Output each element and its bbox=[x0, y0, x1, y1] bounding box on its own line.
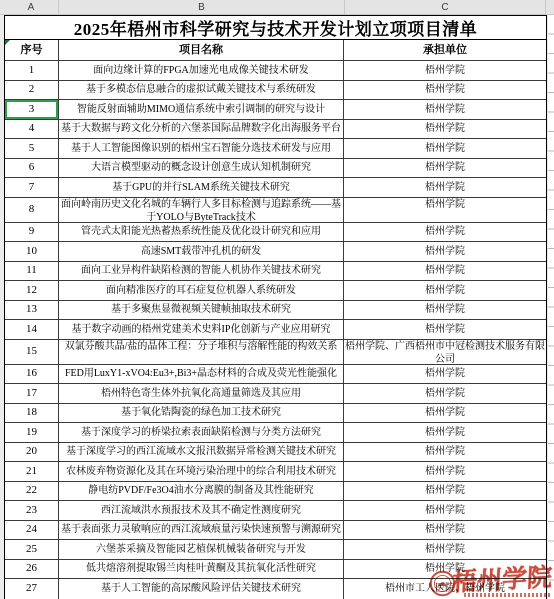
cell-project-name[interactable]: 梧州特色寄生体外抗氧化高通量筛选及其应用 bbox=[59, 384, 344, 403]
cell-project-name[interactable]: 基于深度学习的西江流域水文报汛数据异常检测关键技术研究 bbox=[59, 443, 344, 462]
cell-unit[interactable]: 梧州学院 bbox=[344, 443, 546, 462]
table-row: 5基于人工智能图像识别的梧州宝石智能分选技术研发与应用梧州学院 bbox=[5, 139, 546, 159]
cell-seq[interactable]: 20 bbox=[5, 443, 59, 462]
cell-seq[interactable]: 4 bbox=[5, 120, 59, 139]
cell-seq[interactable]: 23 bbox=[5, 501, 59, 520]
cell-unit[interactable]: 梧州学院 bbox=[344, 540, 546, 559]
cell-project-name[interactable]: 农林废弃物资源化及其在环境污染治理中的综合利用技术研究 bbox=[59, 462, 344, 481]
cell-unit[interactable]: 梧州学院 bbox=[344, 139, 546, 158]
cell-seq[interactable]: 26 bbox=[5, 560, 59, 579]
cell-project-name[interactable]: 基于多聚焦显微视频关键帧抽取技术研究 bbox=[59, 301, 344, 320]
table-header-row: 序号 项目名称 承担单位 bbox=[5, 40, 546, 61]
column-header-b[interactable]: B bbox=[59, 0, 345, 14]
table-row: 20基于深度学习的西江流域水文报汛数据异常检测关键技术研究梧州学院 bbox=[5, 443, 546, 463]
cell-seq[interactable]: 2 bbox=[5, 81, 59, 100]
cell-seq[interactable]: 24 bbox=[5, 521, 59, 540]
table-row: 11面向工业异构件缺陷检测的智能人机协作关键技术研究梧州学院 bbox=[5, 262, 546, 282]
cell-project-name[interactable]: 基于大数据与跨文化分析的六堡茶国际品牌数字化出海服务平台 bbox=[59, 120, 344, 139]
table-row: 4基于大数据与跨文化分析的六堡茶国际品牌数字化出海服务平台梧州学院 bbox=[5, 120, 546, 140]
cell-project-name[interactable]: 基于氧化锆陶瓷的绿色加工技术研究 bbox=[59, 404, 344, 423]
table-row: 13基于多聚焦显微视频关键帧抽取技术研究梧州学院 bbox=[5, 301, 546, 321]
cell-project-name[interactable]: 低共熔溶剂提取锡兰肉桂叶黄酮及其抗氧化活性研究 bbox=[59, 560, 344, 579]
cell-project-name[interactable]: 面向工业异构件缺陷检测的智能人机协作关键技术研究 bbox=[59, 262, 344, 281]
cell-seq[interactable]: 16 bbox=[5, 365, 59, 384]
cell-seq[interactable]: 27 bbox=[5, 579, 59, 599]
table-row: 25六堡茶采摘及智能园艺植保机械装备研究与开发梧州学院 bbox=[5, 540, 546, 560]
cell-project-name[interactable]: 基于数字动画的梧州党建美术史料IP化创新与产业应用研究 bbox=[59, 320, 344, 339]
column-header-c[interactable]: C bbox=[345, 0, 546, 14]
table-row: 2基于多模态信息融合的虚拟试戴关键技术与系统研发梧州学院 bbox=[5, 81, 546, 101]
cell-seq[interactable]: 1 bbox=[5, 61, 59, 80]
cell-project-name[interactable]: 大语言模型驱动的概念设计创意生成认知机制研究 bbox=[59, 159, 344, 178]
cell-project-name[interactable]: 基于GPU的并行SLAM系统关键技术研究 bbox=[59, 178, 344, 197]
cell-unit[interactable]: 梧州学院 bbox=[344, 301, 546, 320]
cell-seq[interactable]: 9 bbox=[5, 223, 59, 242]
cell-project-name[interactable]: FED用LuxY1-xVO4:Eu3+,Bi3+晶态材料的合成及荧光性能强化 bbox=[59, 365, 344, 384]
cell-project-name[interactable]: 智能反射面辅助MIMO通信系统中索引调制的研究与设计 bbox=[59, 100, 344, 119]
column-letter-bar: A B C bbox=[0, 0, 554, 15]
table-row: 16FED用LuxY1-xVO4:Eu3+,Bi3+晶态材料的合成及荧光性能强化… bbox=[5, 365, 546, 385]
cell-project-name[interactable]: 高速SMT载带冲孔机的研发 bbox=[59, 242, 344, 261]
cell-unit[interactable]: 梧州学院 bbox=[344, 61, 546, 80]
cell-unit[interactable]: 梧州学院 bbox=[344, 384, 546, 403]
column-header-a[interactable]: A bbox=[4, 0, 59, 14]
cell-seq[interactable]: 10 bbox=[5, 242, 59, 261]
cell-unit[interactable]: 梧州学院 bbox=[344, 423, 546, 442]
spreadsheet-app: { "column_bar": { "letters": ["A", "B", … bbox=[0, 0, 554, 599]
cell-project-name[interactable]: 基于人工智能图像识别的梧州宝石智能分选技术研发与应用 bbox=[59, 139, 344, 158]
cell-unit[interactable]: 梧州学院 bbox=[344, 365, 546, 384]
cell-unit[interactable]: 梧州学院 bbox=[344, 81, 546, 100]
table-row: 17梧州特色寄生体外抗氧化高通量筛选及其应用梧州学院 bbox=[5, 384, 546, 404]
cell-project-name[interactable]: 基于表面张力灵敏响应的西江流域痕量污染快速预警与溯源研究 bbox=[59, 521, 344, 540]
table-row: 10高速SMT载带冲孔机的研发梧州学院 bbox=[5, 242, 546, 262]
cell-seq[interactable]: 12 bbox=[5, 281, 59, 300]
column-header-rest bbox=[546, 0, 554, 14]
cell-seq[interactable]: 5 bbox=[5, 139, 59, 158]
cell-unit[interactable]: 梧州学院 bbox=[344, 521, 546, 540]
cell-project-name[interactable]: 基于多模态信息融合的虚拟试戴关键技术与系统研发 bbox=[59, 81, 344, 100]
sheet-gridlines-right bbox=[548, 15, 554, 599]
cell-seq[interactable]: 17 bbox=[5, 384, 59, 403]
cell-unit[interactable]: 梧州学院 bbox=[344, 100, 546, 119]
cell-project-name[interactable]: 基于人工智能的高尿酸风险评估关键技术研究 bbox=[59, 579, 344, 599]
cell-seq[interactable]: 6 bbox=[5, 159, 59, 178]
table-row: 18基于氧化锆陶瓷的绿色加工技术研究梧州学院 bbox=[5, 404, 546, 424]
table-row: 14基于数字动画的梧州党建美术史料IP化创新与产业应用研究梧州学院 bbox=[5, 320, 546, 340]
cell-unit[interactable]: 梧州学院 bbox=[344, 501, 546, 520]
cell-unit[interactable]: 梧州学院 bbox=[344, 262, 546, 281]
table-row: 21农林废弃物资源化及其在环境污染治理中的综合利用技术研究梧州学院 bbox=[5, 462, 546, 482]
cell-unit[interactable]: 梧州学院 bbox=[344, 320, 546, 339]
cell-project-name[interactable]: 管壳式太阳能光热蓄热系统性能及优化设计研究和应用 bbox=[59, 223, 344, 242]
table-row: 8面向岭南历史文化名城的车辆行人多目标检测与追踪系统——基于YOLO与ByteT… bbox=[5, 198, 546, 223]
cell-seq[interactable]: 7 bbox=[5, 178, 59, 197]
cell-project-name[interactable]: 静电纺PVDF/Fe3O4油水分离膜的制备及其性能研究 bbox=[59, 482, 344, 501]
cell-unit[interactable]: 梧州学院 bbox=[344, 482, 546, 501]
cell-project-name[interactable]: 面向岭南历史文化名城的车辆行人多目标检测与追踪系统——基于YOLO与ByteTr… bbox=[59, 198, 344, 222]
cell-unit[interactable]: 梧州学院 bbox=[344, 120, 546, 139]
table-title-cell[interactable]: 2025年梧州市科学研究与技术开发计划立项项目清单 bbox=[5, 16, 546, 40]
header-cell-unit[interactable]: 承担单位 bbox=[344, 40, 546, 60]
table-row: 12面向精准医疗的耳石症复位机器人系统研发梧州学院 bbox=[5, 281, 546, 301]
table-row: 26低共熔溶剂提取锡兰肉桂叶黄酮及其抗氧化活性研究梧州学院 bbox=[5, 560, 546, 580]
table-row: 6大语言模型驱动的概念设计创意生成认知机制研究梧州学院 bbox=[5, 159, 546, 179]
cell-project-name[interactable]: 双氯芬酸共晶/盐的晶体工程：分子堆积与溶解性能的构效关系 bbox=[59, 340, 344, 364]
table-row: 15双氯芬酸共晶/盐的晶体工程：分子堆积与溶解性能的构效关系梧州学院、广西梧州市… bbox=[5, 340, 546, 365]
sheet-area: 2025年梧州市科学研究与技术开发计划立项项目清单 序号 项目名称 承担单位 1… bbox=[0, 15, 554, 599]
cell-seq[interactable]: 3 bbox=[5, 100, 59, 119]
cell-unit[interactable]: 梧州学院 bbox=[344, 223, 546, 242]
cell-seq[interactable]: 22 bbox=[5, 482, 59, 501]
cell-project-name[interactable]: 六堡茶采摘及智能园艺植保机械装备研究与开发 bbox=[59, 540, 344, 559]
cell-unit[interactable]: 梧州学院 bbox=[344, 462, 546, 481]
page-title: 2025年梧州市科学研究与技术开发计划立项项目清单 bbox=[74, 15, 478, 40]
table-row: 19基于深度学习的桥梁拉索表面缺陷检测与分类方法研究梧州学院 bbox=[5, 423, 546, 443]
cell-seq[interactable]: 21 bbox=[5, 462, 59, 481]
cell-seq[interactable]: 8 bbox=[5, 198, 59, 222]
cell-unit[interactable]: 梧州学院 bbox=[344, 242, 546, 261]
table-row: 22静电纺PVDF/Fe3O4油水分离膜的制备及其性能研究梧州学院 bbox=[5, 482, 546, 502]
project-table: 2025年梧州市科学研究与技术开发计划立项项目清单 序号 项目名称 承担单位 1… bbox=[4, 15, 547, 599]
header-cell-seq[interactable]: 序号 bbox=[5, 40, 59, 60]
cell-project-name[interactable]: 面向精准医疗的耳石症复位机器人系统研发 bbox=[59, 281, 344, 300]
table-row: 23西江流域洪水预报技术及其不确定性测度研究梧州学院 bbox=[5, 501, 546, 521]
table-row: 3智能反射面辅助MIMO通信系统中索引调制的研究与设计梧州学院 bbox=[5, 100, 546, 120]
cell-seq[interactable]: 19 bbox=[5, 423, 59, 442]
cell-unit[interactable]: 梧州学院、广西梧州市中冠检测技术服务有限公司 bbox=[344, 340, 546, 364]
table-row: 27基于人工智能的高尿酸风险评估关键技术研究梧州市工人医院、梧州学院 bbox=[5, 579, 546, 599]
table-row: 7基于GPU的并行SLAM系统关键技术研究梧州学院 bbox=[5, 178, 546, 198]
cell-unit[interactable]: 梧州学院 bbox=[344, 281, 546, 300]
cell-unit[interactable]: 梧州学院 bbox=[344, 404, 546, 423]
cell-seq[interactable]: 13 bbox=[5, 301, 59, 320]
cell-unit[interactable]: 梧州学院 bbox=[344, 560, 546, 579]
cell-seq[interactable]: 11 bbox=[5, 262, 59, 281]
cell-project-name[interactable]: 面向边缘计算的FPGA加速光电成像关键技术研发 bbox=[59, 61, 344, 80]
cell-unit[interactable]: 梧州学院 bbox=[344, 159, 546, 178]
table-row: 24基于表面张力灵敏响应的西江流域痕量污染快速预警与溯源研究梧州学院 bbox=[5, 521, 546, 541]
cell-seq[interactable]: 15 bbox=[5, 340, 59, 364]
table-row: 9管壳式太阳能光热蓄热系统性能及优化设计研究和应用梧州学院 bbox=[5, 223, 546, 243]
cell-unit[interactable]: 梧州学院 bbox=[344, 198, 546, 222]
cell-project-name[interactable]: 西江流域洪水预报技术及其不确定性测度研究 bbox=[59, 501, 344, 520]
cell-project-name[interactable]: 基于深度学习的桥梁拉索表面缺陷检测与分类方法研究 bbox=[59, 423, 344, 442]
table-row: 1面向边缘计算的FPGA加速光电成像关键技术研发梧州学院 bbox=[5, 61, 546, 81]
cell-seq[interactable]: 25 bbox=[5, 540, 59, 559]
cell-unit[interactable]: 梧州学院 bbox=[344, 178, 546, 197]
project-table-body: 1面向边缘计算的FPGA加速光电成像关键技术研发梧州学院2基于多模态信息融合的虚… bbox=[5, 61, 546, 599]
cell-seq[interactable]: 14 bbox=[5, 320, 59, 339]
cell-seq[interactable]: 18 bbox=[5, 404, 59, 423]
cell-unit[interactable]: 梧州市工人医院、梧州学院 bbox=[344, 579, 546, 599]
header-cell-name[interactable]: 项目名称 bbox=[59, 40, 344, 60]
